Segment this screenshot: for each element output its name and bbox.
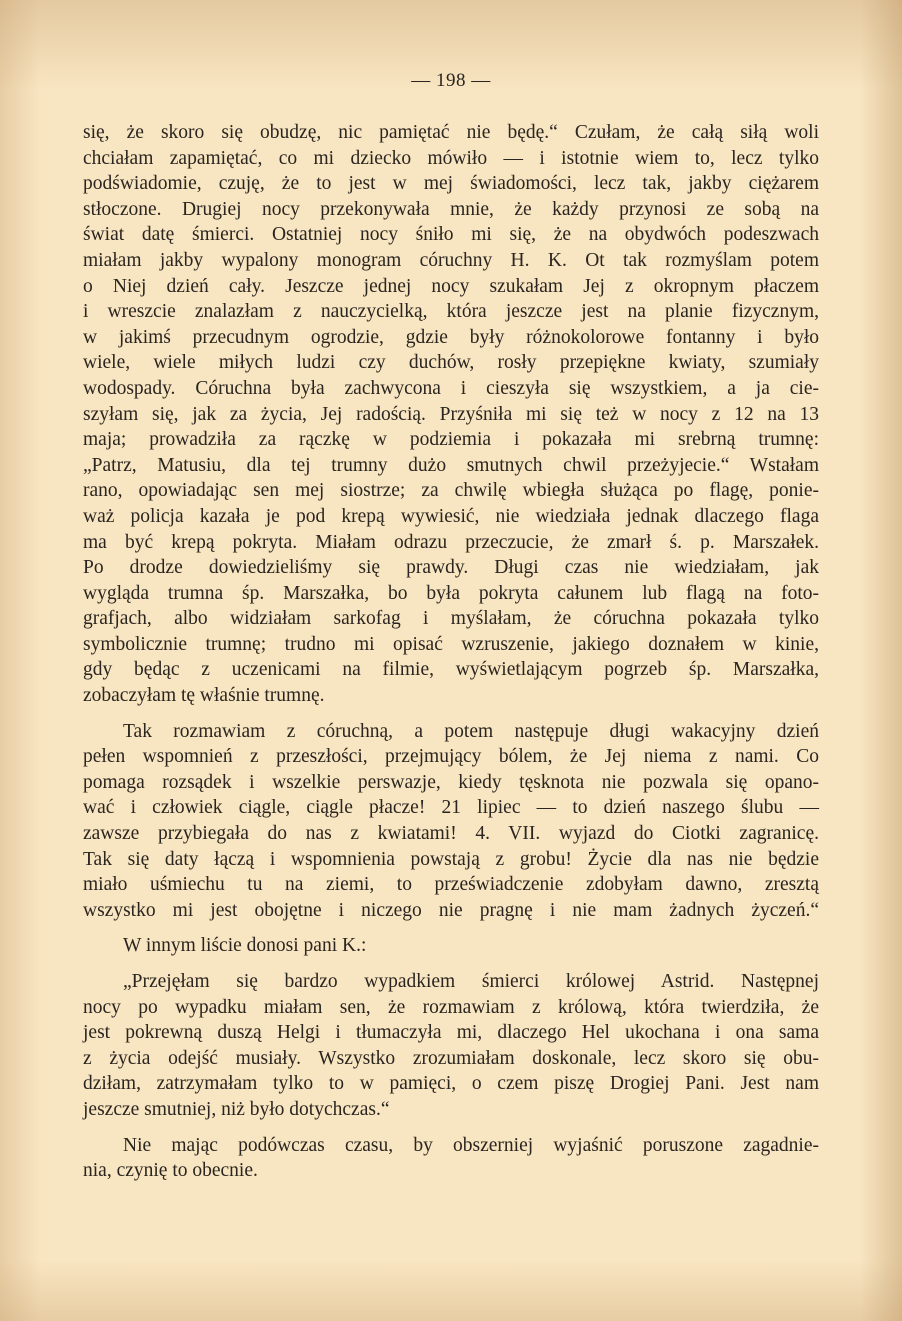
text-line: w jakimś przecudnym ogrodzie, gdzie były… xyxy=(83,325,819,351)
text-line: ma być krepą pokryta. Miałam odrazu prze… xyxy=(83,530,819,556)
text-line: zobaczyłam tę właśnie trumnę. xyxy=(83,683,819,709)
text-line: podświadomie, czuję, że to jest w mej św… xyxy=(83,171,819,197)
text-line: szyłam się, jak za życia, Jej radością. … xyxy=(83,402,819,428)
text-line: nocy po wypadku miałam sen, że rozmawiam… xyxy=(83,995,819,1021)
text-line: Po drodze dowiedzieliśmy się prawdy. Dłu… xyxy=(83,555,819,581)
text-line: o Niej dzień cały. Jeszcze jednej nocy s… xyxy=(83,274,819,300)
text-line: symbolicznie trumnę; trudno mi opisać wz… xyxy=(83,632,819,658)
text-line: „Patrz, Matusiu, dla tej trumny dużo smu… xyxy=(83,453,819,479)
text-line: pełen wspomnień z przeszłości, przejmują… xyxy=(83,744,819,770)
text-line: chciałam zapamiętać, co mi dziecko mówił… xyxy=(83,146,819,172)
text-line: z życia odejść musiały. Wszystko zrozumi… xyxy=(83,1046,819,1072)
text-line: Tak rozmawiam z córuchną, a potem następ… xyxy=(83,719,819,745)
paragraph-2: Tak rozmawiam z córuchną, a potem następ… xyxy=(83,719,819,924)
paragraph-4: „Przejęłam się bardzo wypadkiem śmierci … xyxy=(83,969,819,1123)
text-line: jest pokrewną duszą Helgi i tłumaczyła m… xyxy=(83,1020,819,1046)
text-line: maja; prowadziła za rączkę w podziemia i… xyxy=(83,427,819,453)
paragraph-gap xyxy=(83,959,819,969)
text-line: wodospady. Córuchna była zachwycona i ci… xyxy=(83,376,819,402)
text-line: zawsze przybiegała do nas z kwiatami! 4.… xyxy=(83,821,819,847)
text-line: wać i człowiek ciągle, ciągle płacze! 21… xyxy=(83,795,819,821)
text-line: świat datę śmierci. Ostatniej nocy śniło… xyxy=(83,222,819,248)
paragraph-3: W innym liście donosi pani K.: xyxy=(83,933,819,959)
book-page: — 198 — się, że skoro się obudzę, nic pa… xyxy=(0,0,902,1321)
paragraph-1: się, że skoro się obudzę, nic pamiętać n… xyxy=(83,120,819,709)
paragraph-gap xyxy=(83,923,819,933)
text-line: wszystko mi jest obojętne i niczego nie … xyxy=(83,898,819,924)
paragraph-gap xyxy=(83,1123,819,1133)
text-line: miałam jakby wypalony monogram córuchny … xyxy=(83,248,819,274)
text-line: gdy będąc z uczenicami na filmie, wyświe… xyxy=(83,657,819,683)
text-line: Nie mając podówczas czasu, by obszerniej… xyxy=(83,1133,819,1159)
text-line: Tak się daty łączą i wspomnienia powstaj… xyxy=(83,847,819,873)
text-line: waż policja kazała je pod krepą wywiesić… xyxy=(83,504,819,530)
paragraph-5: Nie mając podówczas czasu, by obszerniej… xyxy=(83,1133,819,1184)
text-line: grafjach, albo widziałam sarkofag i myśl… xyxy=(83,606,819,632)
text-line: wygląda trumna śp. Marszałka, bo była po… xyxy=(83,581,819,607)
text-body: się, że skoro się obudzę, nic pamiętać n… xyxy=(83,120,819,1184)
page-number: — 198 — xyxy=(0,70,902,92)
text-line: i wreszcie znalazłam z nauczycielką, któ… xyxy=(83,299,819,325)
text-line: jeszcze smutniej, niż było dotychczas.“ xyxy=(83,1097,819,1123)
text-line: rano, opowiadając sen mej siostrze; za c… xyxy=(83,478,819,504)
text-line: stłoczone. Drugiej nocy przekonywała mni… xyxy=(83,197,819,223)
text-line: wiele, wiele miłych ludzi czy duchów, ro… xyxy=(83,350,819,376)
text-line: się, że skoro się obudzę, nic pamiętać n… xyxy=(83,120,819,146)
text-line: nia, czynię to obecnie. xyxy=(83,1158,819,1184)
text-line: „Przejęłam się bardzo wypadkiem śmierci … xyxy=(83,969,819,995)
text-line: miało uśmiechu tu na ziemi, to przeświad… xyxy=(83,872,819,898)
text-line: pomaga rozsądek i wszelkie perswazje, ki… xyxy=(83,770,819,796)
text-line: dziłam, zatrzymałam tylko to w pamięci, … xyxy=(83,1071,819,1097)
text-line: W innym liście donosi pani K.: xyxy=(83,933,819,959)
paragraph-gap xyxy=(83,709,819,719)
